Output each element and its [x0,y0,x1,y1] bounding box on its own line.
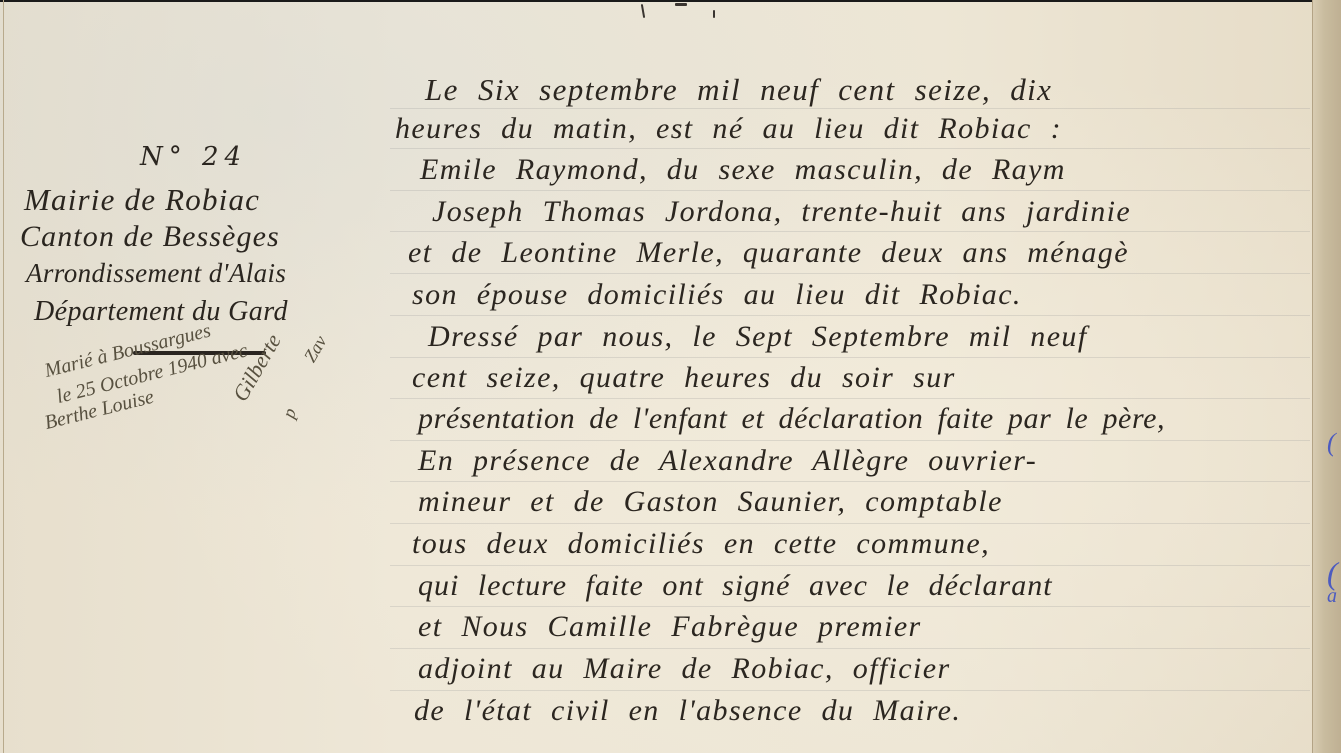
blue-margin-mark: ( [1327,428,1336,458]
ruled-line [390,273,1310,274]
body-line: et de Leontine Merle, quarante deux ans … [408,236,1129,270]
canton-label: Canton de Bessèges [20,220,280,254]
body-line: En présence de Alexandre Allègre ouvrier… [418,444,1037,478]
body-line: cent seize, quatre heures du soir sur [412,361,956,395]
body-line: et Nous Camille Fabrègue premier [418,610,922,644]
stray-ink-mark [713,10,715,18]
binding-gutter [1312,0,1341,753]
body-line: Joseph Thomas Jordona, trente-huit ans j… [432,195,1131,229]
entry-number: N° 24 [140,142,247,172]
body-line: Emile Raymond, du sexe masculin, de Raym [420,153,1066,187]
body-line: qui lecture faite ont signé avec le décl… [418,569,1053,603]
ruled-line [390,481,1310,482]
body-line: mineur et de Gaston Saunier, comptable [418,485,1003,519]
ruled-line [390,440,1310,441]
left-page-edge [3,0,4,753]
top-border [0,0,1341,2]
ruled-line [390,690,1310,691]
ruled-line [390,565,1310,566]
body-line: heures du matin, est né au lieu dit Robi… [395,112,1062,146]
body-line: Le Six septembre mil neuf cent seize, di… [425,72,1052,108]
body-line: présentation de l'enfant et déclaration … [418,402,1165,436]
ruled-line [390,398,1310,399]
ruled-line [390,648,1310,649]
body-line: adjoint au Maire de Robiac, officier [418,652,951,686]
body-line: son épouse domiciliés au lieu dit Robiac… [412,278,1022,312]
ruled-line [390,523,1310,524]
arrondissement-label: Arrondissement d'Alais [26,258,286,289]
ruled-line [390,148,1310,149]
ruled-line [390,108,1310,109]
body-line: de l'état civil en l'absence du Maire. [414,694,961,728]
ruled-line [390,357,1310,358]
body-line: tous deux domiciliés en cette commune, [412,527,990,561]
ruled-line [390,606,1310,607]
stray-ink-mark [641,4,645,18]
ruled-line [390,315,1310,316]
marriage-note-extra-word: Zav [300,332,332,366]
ruled-line [390,231,1310,232]
blue-margin-mark: a [1327,585,1337,608]
stray-ink-mark [675,3,687,6]
departement-label: Département du Gard [34,296,288,328]
marriage-note-initial: p [278,405,301,421]
body-line: Dressé par nous, le Sept Septembre mil n… [428,320,1088,354]
ruled-line [390,190,1310,191]
mairie-label: Mairie de Robiac [24,182,260,218]
register-page: N° 24 Mairie de Robiac Canton de Bessège… [0,0,1341,753]
